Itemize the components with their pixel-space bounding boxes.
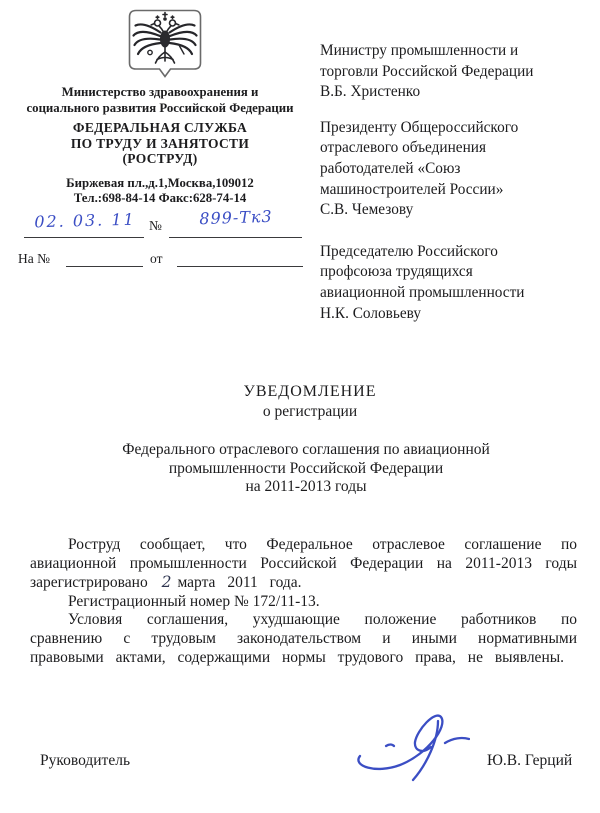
agency-name: ФЕДЕРАЛЬНАЯ СЛУЖБАПО ТРУДУ И ЗАНЯТОСТИ(Р… [12, 120, 308, 167]
signer-position-title: Руководитель [40, 752, 130, 770]
addressee-union-president: Президенту Общероссийскогоотраслевого об… [320, 118, 596, 221]
coat-of-arms-icon [127, 8, 203, 80]
incoming-from-underline [177, 266, 303, 267]
scanned-letter-page: Министерство здравоохранения исоциальног… [0, 0, 600, 813]
handwritten-day-number: 2 [160, 573, 178, 591]
document-title: УВЕДОМЛЕНИЕ [20, 383, 600, 401]
signer-name: Ю.В. Герций [487, 752, 572, 770]
body-paragraph-registration: Роструд сообщает, что Федеральное отрасл… [30, 536, 577, 593]
paragraph1-text-before: Роструд сообщает, что Федеральное отрасл… [30, 536, 577, 591]
incoming-ref-underline [66, 266, 143, 267]
addressee-list: Министру промышленности иторговли Россий… [320, 41, 596, 324]
number-sign-label: № [149, 218, 162, 234]
ministry-name: Министерство здравоохранения исоциальног… [12, 85, 308, 116]
number-underline [169, 237, 302, 238]
document-subtitle: о регистрации [20, 403, 600, 421]
body-paragraph-reg-number: Регистрационный номер № 172/11-13. [30, 593, 577, 612]
agency-address: Биржевая пл.,д.1,Москва,109012Тел.:698-8… [12, 176, 308, 206]
incoming-from-label: от [150, 251, 162, 267]
signature-icon [350, 704, 470, 784]
document-subject: Федерального отраслевого соглашения по а… [28, 441, 584, 497]
incoming-ref-label: На № [18, 251, 50, 267]
addressee-minister: Министру промышленности иторговли Россий… [320, 41, 596, 103]
addressee-trade-union-chairman: Председателю Российскогопрофсоюза трудящ… [320, 242, 596, 324]
paragraph1-text-after: марта 2011 года. [177, 574, 301, 591]
handwritten-date: 02. 03. 11 [28, 210, 142, 232]
date-underline [24, 237, 144, 238]
body-paragraph-conditions: Условия соглашения, ухудшающие положение… [30, 611, 577, 667]
body-text: Роструд сообщает, что Федеральное отрасл… [30, 536, 577, 667]
handwritten-outgoing-number: 899-Тк3 [172, 206, 301, 229]
